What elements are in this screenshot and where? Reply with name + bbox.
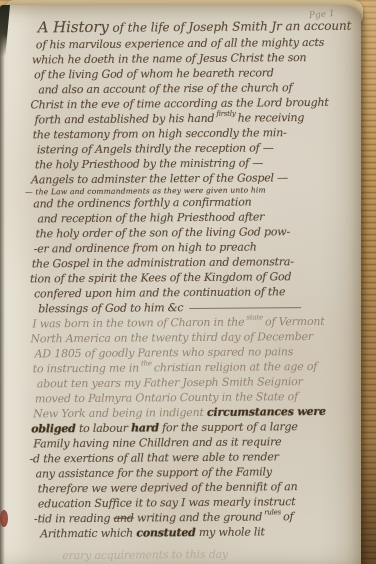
manuscript-line: North America on the twenty third day of…: [30, 329, 359, 347]
text-segment: of Vermont: [265, 315, 325, 329]
text-segment: -tid in reading: [34, 512, 114, 526]
text-segment: and the ordinencs forthly a confirmation: [33, 195, 251, 210]
text-segment-strike: and: [114, 512, 134, 525]
text-segment: Christ in the eve of time according as t…: [30, 96, 328, 112]
text-segment-blot: circumstances were: [207, 405, 326, 419]
text-segment-blot: obliged: [31, 422, 75, 435]
text-segment: blessings of God to him &c: [38, 301, 183, 315]
text-segment: therefore we were deprived of the bennif…: [38, 480, 298, 495]
text-segment-blot: constuted: [136, 526, 195, 540]
manuscript-line: Christ in the eve of time according as t…: [30, 95, 357, 113]
text-segment: my whole lit: [196, 525, 265, 539]
text-segment: which he doeth in the name of Jesus Chri…: [32, 51, 307, 66]
text-segment: of his marvilous experience and of all t…: [36, 36, 324, 52]
text-segment: of the life of Joseph Smith Jr an accoun…: [109, 19, 352, 35]
text-segment: -er and ordinence from on high to preach: [34, 240, 257, 255]
text-segment: to labour: [76, 422, 132, 435]
text-segment: for the support of a large: [159, 420, 298, 434]
text-segment: he receiving: [238, 111, 305, 125]
text-segment: -d the exertions of all that were able t…: [29, 450, 278, 465]
text-segment: the testamony from on high seccondly the…: [33, 126, 287, 141]
text-segment: writing and the ground: [134, 510, 263, 524]
text-segment: tion of the spirit the Kees of the Kingd…: [30, 270, 291, 285]
text-segment: and also an account of the rise of the c…: [38, 81, 292, 96]
text-segment: confered upon him and the continuation o…: [34, 285, 285, 300]
text-segment: about ten years my Father Joseph Smith S…: [37, 375, 303, 390]
manuscript-page: Pge 1 A History of the life of Joseph Sm…: [0, 5, 361, 564]
text-segment: any assistance for the support of the Fa…: [36, 465, 272, 480]
manuscript-line: of his marvilous experience and of all t…: [36, 35, 357, 53]
text-segment: I was born in the town of Charon in the: [32, 316, 244, 331]
manuscript-line: New York and being in indigent circumsta…: [33, 404, 360, 422]
text-segment: of the living God of whom he beareth rec…: [34, 66, 274, 81]
inline-flourish-rule: [189, 307, 301, 309]
manuscript-text: A History of the life of Joseph Smith Jr…: [28, 15, 361, 557]
text-segment: of: [283, 510, 293, 523]
text-segment: christian religion at the age of: [154, 360, 317, 374]
text-segment: Family having nine Chilldren and as it r…: [33, 435, 281, 450]
manuscript-line: to instructing me inthechristian religio…: [33, 359, 360, 377]
text-segment-sup: state: [246, 310, 263, 325]
text-segment: New York and being in indigent: [33, 406, 207, 421]
text-segment: Arithmatic which: [40, 527, 136, 541]
text-segment-sup: rules: [264, 505, 281, 520]
text-segment: education Suffice it to say I was mearly…: [38, 495, 296, 510]
text-segment: North America on the twenty third day of…: [30, 330, 313, 345]
text-segment: AD 1805 of goodly Parents who spared no …: [35, 345, 294, 360]
text-segment-sup: firstly: [216, 107, 236, 122]
text-segment: istering of Angels thirdly the reception…: [37, 141, 274, 156]
red-edge-mark: [0, 510, 8, 527]
manuscript-line: A History of the life of Joseph Smith Jr…: [38, 15, 357, 38]
text-segment-blot: hard: [131, 421, 159, 434]
manuscript-line: Arithmatic which constuted my whole lit: [40, 524, 361, 542]
text-segment-flourish: A History: [38, 18, 109, 37]
text-segment: moved to Palmyra Ontario County in the S…: [35, 390, 298, 405]
text-segment: and reception of the high Priesthood aft…: [37, 210, 264, 225]
text-segment: erary acquirements to this day: [62, 548, 228, 562]
text-segment: the holy Priesthood by the ministring of…: [35, 156, 263, 171]
manuscript-line: erary acquirements to this day: [62, 546, 361, 564]
text-segment: Aangels to adminster the letter of the G…: [31, 171, 288, 186]
text-segment: the holy order of the son of the living …: [35, 225, 290, 240]
text-segment: forth and established by his hand: [34, 112, 214, 127]
text-segment: the Gospel in the administration and dem…: [32, 255, 294, 270]
binding-notch: [0, 5, 10, 57]
text-segment: to instructing me in: [33, 361, 139, 375]
text-segment-sup: the: [141, 356, 152, 371]
